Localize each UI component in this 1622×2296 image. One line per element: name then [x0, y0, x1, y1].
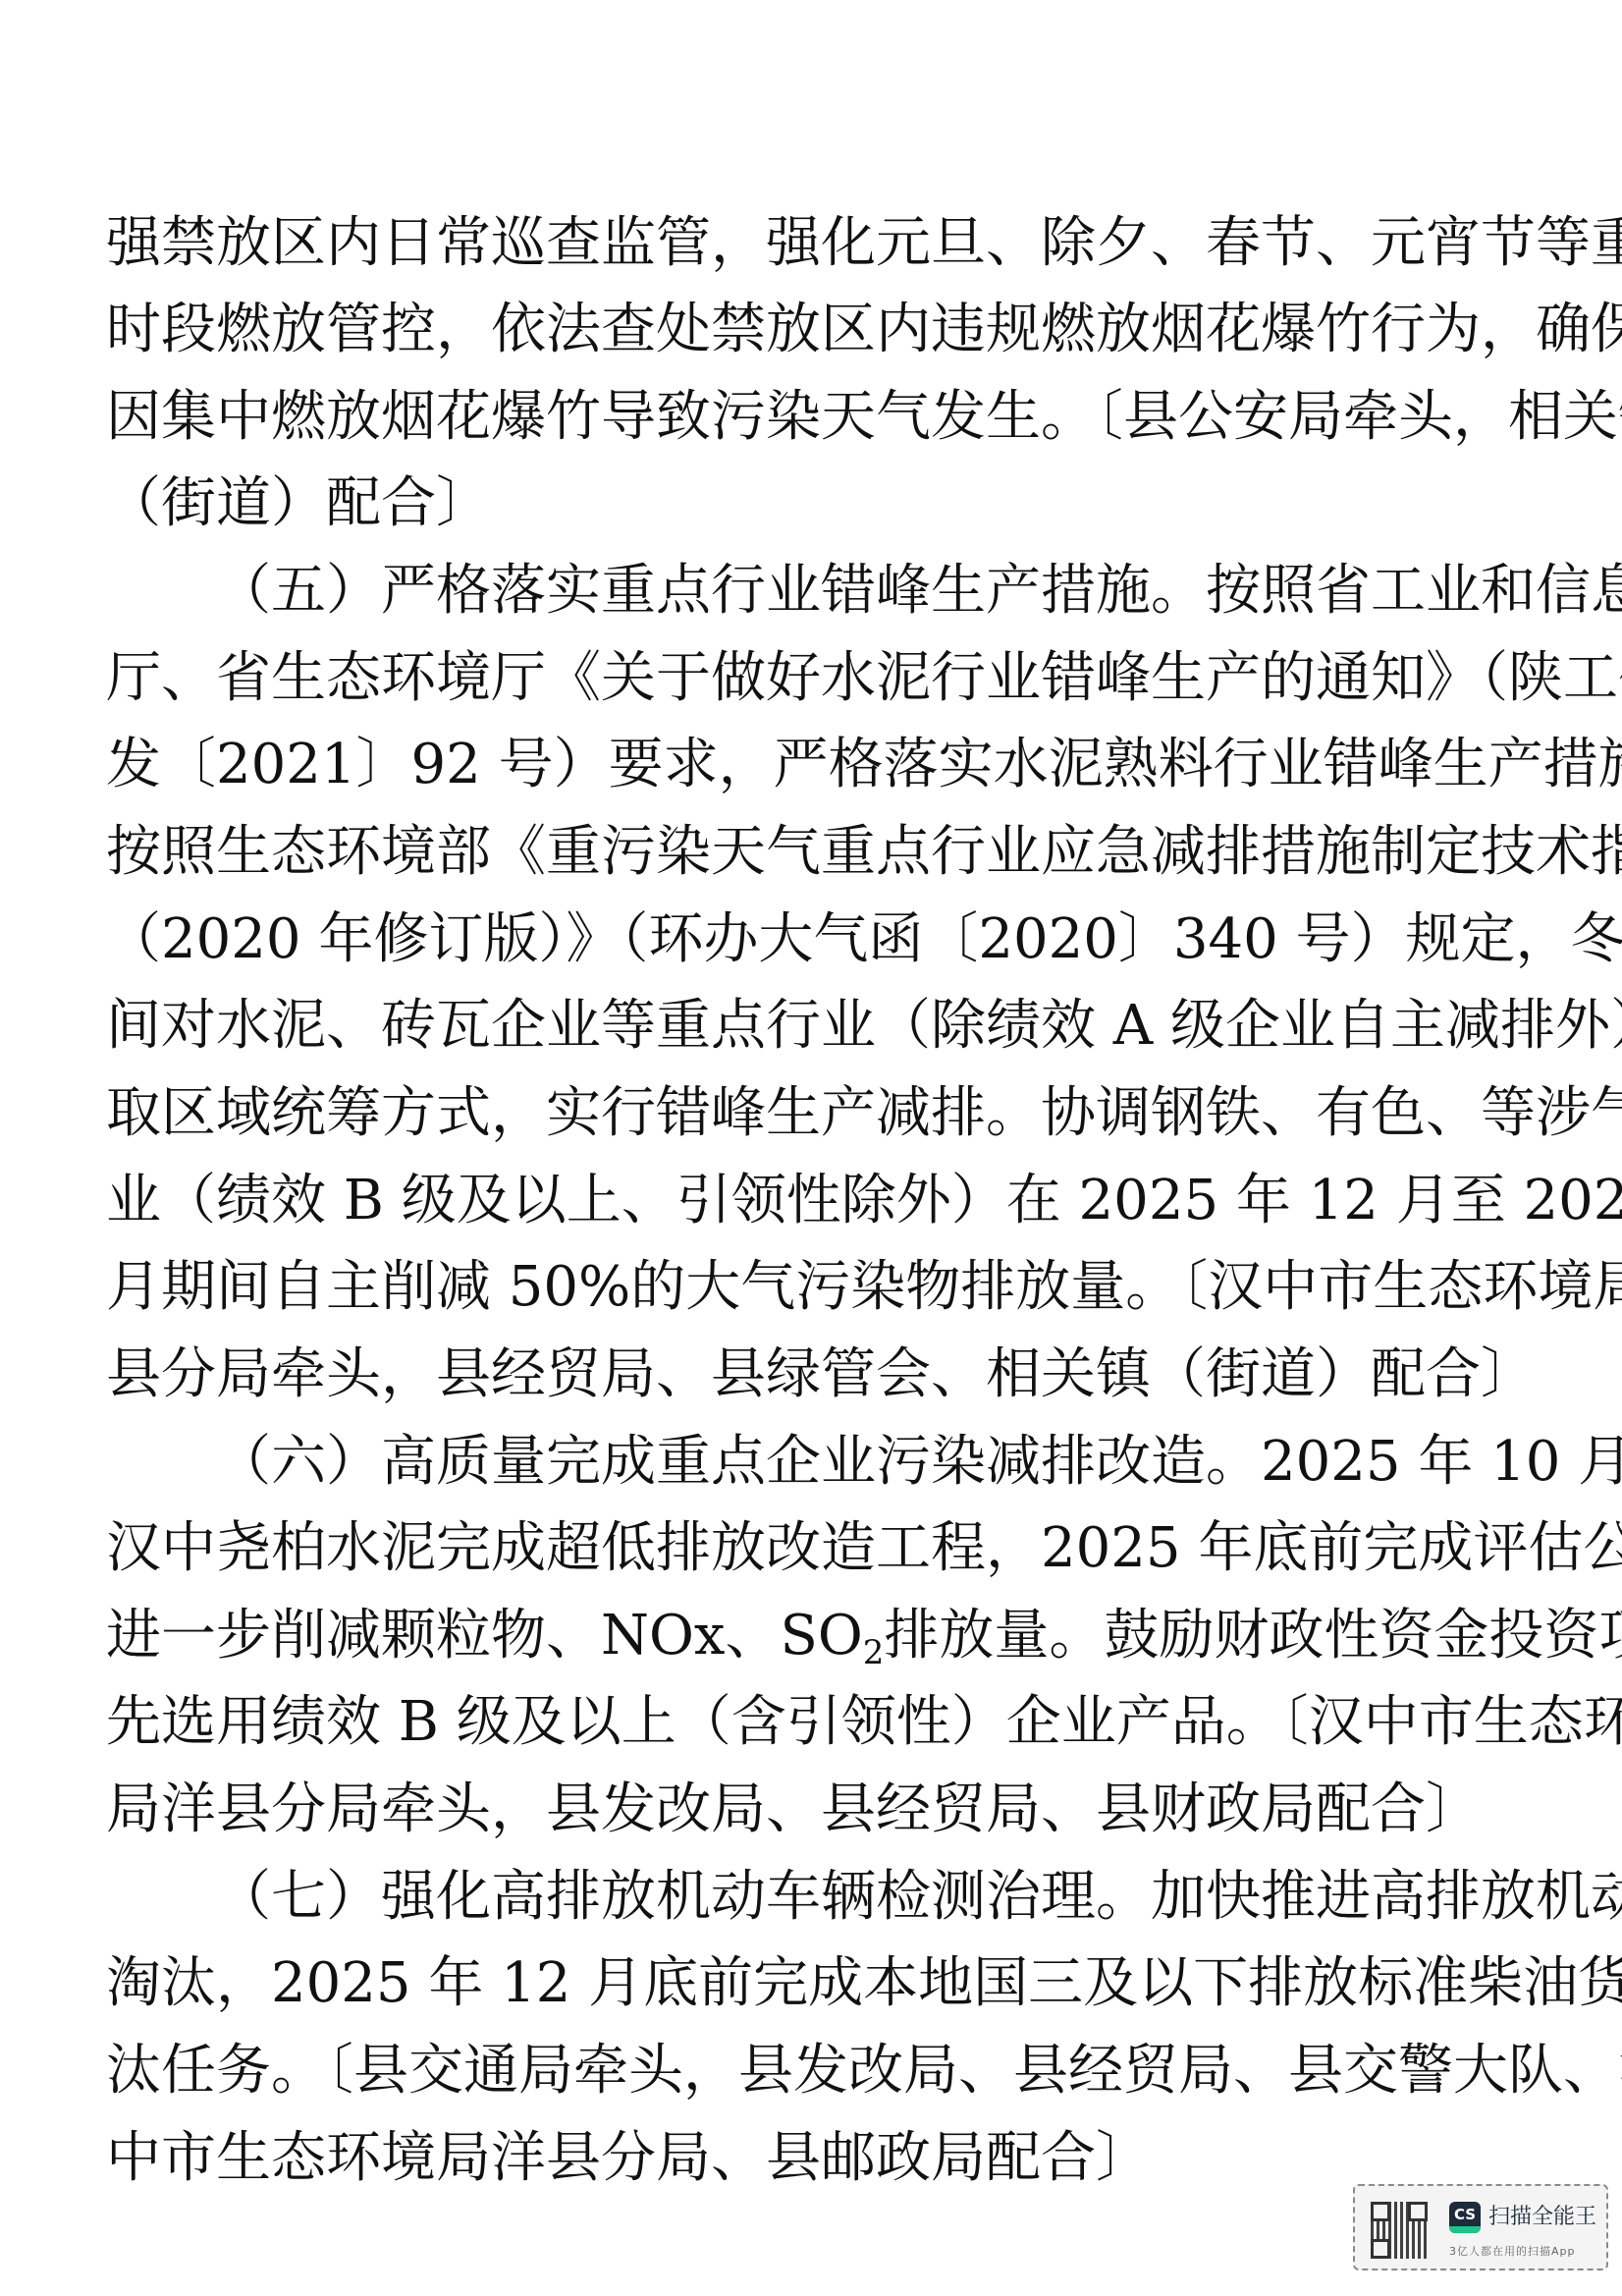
section-five-heading-line: （五）严格落实重点行业错峰生产措施。按照省工业和信息化 — [106, 552, 1522, 630]
qr-code-icon — [1371, 2202, 1428, 2259]
app-name: 扫描全能王 — [1488, 2202, 1596, 2233]
section-six-heading-line: （六）高质量完成重点企业污染减排改造。2025 年 10 月底前， — [106, 1423, 1522, 1502]
scanner-watermark-badge: CS 扫描全能王 3亿人都在用的扫描App — [1353, 2184, 1608, 2270]
line-text: 先选用绩效 B 级及以上（含引领性）企业产品。〔汉中市生态环境 — [106, 1683, 1522, 1762]
paragraph-line: 淘汰，2025 年 12 月底前完成本地国三及以下排放标准柴油货车淘 — [106, 1944, 1522, 2023]
line-text: 厅、省生态环境厅《关于做好水泥行业错峰生产的通知》（陕工信 — [106, 639, 1522, 718]
line-text: 局洋县分局牵头，县发改局、县经贸局、县财政局配合〕 — [106, 1771, 1522, 1849]
line-text: 汰任务。〔县交通局牵头，县发改局、县经贸局、县交警大队、汉 — [106, 2032, 1522, 2110]
line-text: （五）严格落实重点行业错峰生产措施。按照省工业和信息化 — [106, 552, 1622, 630]
line-text: （七）强化高排放机动车辆检测治理。加快推进高排放机动车 — [106, 1858, 1622, 1937]
line-text: 汉中尧柏水泥完成超低排放改造工程，2025 年底前完成评估公示， — [106, 1509, 1522, 1588]
paragraph-line: 汰任务。〔县交通局牵头，县发改局、县经贸局、县交警大队、汉 — [106, 2032, 1522, 2110]
paragraph-line: 因集中燃放烟花爆竹导致污染天气发生。〔县公安局牵头，相关镇 — [106, 378, 1522, 457]
line-text-before: 进一步削减颗粒物、NOx、SO — [106, 1604, 863, 1667]
line-text: 取区域统筹方式，实行错峰生产减排。协调钢铁、有色、等涉气企 — [106, 1074, 1522, 1153]
paragraph-line: 月期间自主削减 50%的大气污染物排放量。〔汉中市生态环境局洋 — [106, 1248, 1522, 1327]
paragraph-line: 汉中尧柏水泥完成超低排放改造工程，2025 年底前完成评估公示， — [106, 1509, 1522, 1588]
line-text: 强禁放区内日常巡查监管，强化元旦、除夕、春节、元宵节等重点 — [106, 204, 1522, 283]
paragraph-line: 按照生态环境部《重污染天气重点行业应急减排措施制定技术指南 — [106, 813, 1522, 892]
paragraph-line: 厅、省生态环境厅《关于做好水泥行业错峰生产的通知》（陕工信 — [106, 639, 1522, 718]
line-text: 县分局牵头，县经贸局、县绿管会、相关镇（街道）配合〕 — [106, 1336, 1522, 1414]
line-text: 间对水泥、砖瓦企业等重点行业（除绩效 A 级企业自主减排外）采 — [106, 987, 1522, 1066]
line-text: （街道）配合〕 — [106, 465, 1522, 543]
line-text: 按照生态环境部《重污染天气重点行业应急减排措施制定技术指南 — [106, 813, 1522, 892]
paragraph-line: 强禁放区内日常巡查监管，强化元旦、除夕、春节、元宵节等重点 — [106, 204, 1522, 283]
line-text: （六）高质量完成重点企业污染减排改造。2025 年 10 月底前， — [106, 1423, 1622, 1502]
paragraph-line: 取区域统筹方式，实行错峰生产减排。协调钢铁、有色、等涉气企 — [106, 1074, 1522, 1153]
line-text: 进一步削减颗粒物、NOx、SO2排放量。鼓励财政性资金投资项目优 — [106, 1597, 1522, 1675]
paragraph-line: 县分局牵头，县经贸局、县绿管会、相关镇（街道）配合〕 — [106, 1336, 1522, 1414]
line-text: 中市生态环境局洋县分局、县邮政局配合〕 — [106, 2119, 1522, 2198]
paragraph-line: 中市生态环境局洋县分局、县邮政局配合〕 — [106, 2119, 1522, 2198]
paragraph-line: 先选用绩效 B 级及以上（含引领性）企业产品。〔汉中市生态环境 — [106, 1683, 1522, 1762]
line-text: 发〔2021〕92 号）要求，严格落实水泥熟料行业错峰生产措施。 — [106, 726, 1522, 804]
qr-finder-pattern — [1408, 2202, 1428, 2221]
line-text: 时段燃放管控，依法查处禁放区内违规燃放烟花爆竹行为，确保不 — [106, 291, 1522, 369]
camscanner-logo-icon: CS — [1449, 2202, 1481, 2233]
subscript-2: 2 — [863, 1633, 885, 1672]
line-text: 淘汰，2025 年 12 月底前完成本地国三及以下排放标准柴油货车淘 — [106, 1944, 1522, 2023]
line-text: 业（绩效 B 级及以上、引领性除外）在 2025 年 12 月至 2026 年 … — [106, 1162, 1522, 1240]
document-page: 强禁放区内日常巡查监管，强化元旦、除夕、春节、元宵节等重点 时段燃放管控，依法查… — [0, 0, 1622, 2296]
line-text: （2020 年修订版）》（环办大气函〔2020〕340 号）规定，冬季期 — [106, 901, 1522, 979]
paragraph-line: 间对水泥、砖瓦企业等重点行业（除绩效 A 级企业自主减排外）采 — [106, 987, 1522, 1066]
app-slogan: 3亿人都在用的扫描App — [1449, 2243, 1576, 2259]
line-text: 月期间自主削减 50%的大气污染物排放量。〔汉中市生态环境局洋 — [106, 1248, 1522, 1327]
paragraph-line: 进一步削减颗粒物、NOx、SO2排放量。鼓励财政性资金投资项目优 — [106, 1597, 1522, 1675]
paragraph-line: 时段燃放管控，依法查处禁放区内违规燃放烟花爆竹行为，确保不 — [106, 291, 1522, 369]
section-seven-heading-line: （七）强化高排放机动车辆检测治理。加快推进高排放机动车 — [106, 1858, 1522, 1937]
paragraph-line: （2020 年修订版）》（环办大气函〔2020〕340 号）规定，冬季期 — [106, 901, 1522, 979]
paragraph-line: 局洋县分局牵头，县发改局、县经贸局、县财政局配合〕 — [106, 1771, 1522, 1849]
logo-text: CS — [1449, 2205, 1481, 2224]
paragraph-line: 业（绩效 B 级及以上、引领性除外）在 2025 年 12 月至 2026 年 … — [106, 1162, 1522, 1240]
line-text-after: 排放量。鼓励财政性资金投资项目优 — [884, 1604, 1622, 1667]
paragraph-line: （街道）配合〕 — [106, 465, 1522, 543]
line-text: 因集中燃放烟花爆竹导致污染天气发生。〔县公安局牵头，相关镇 — [106, 378, 1522, 457]
logo-accent-bar — [1449, 2226, 1481, 2233]
paragraph-line: 发〔2021〕92 号）要求，严格落实水泥熟料行业错峰生产措施。 — [106, 726, 1522, 804]
